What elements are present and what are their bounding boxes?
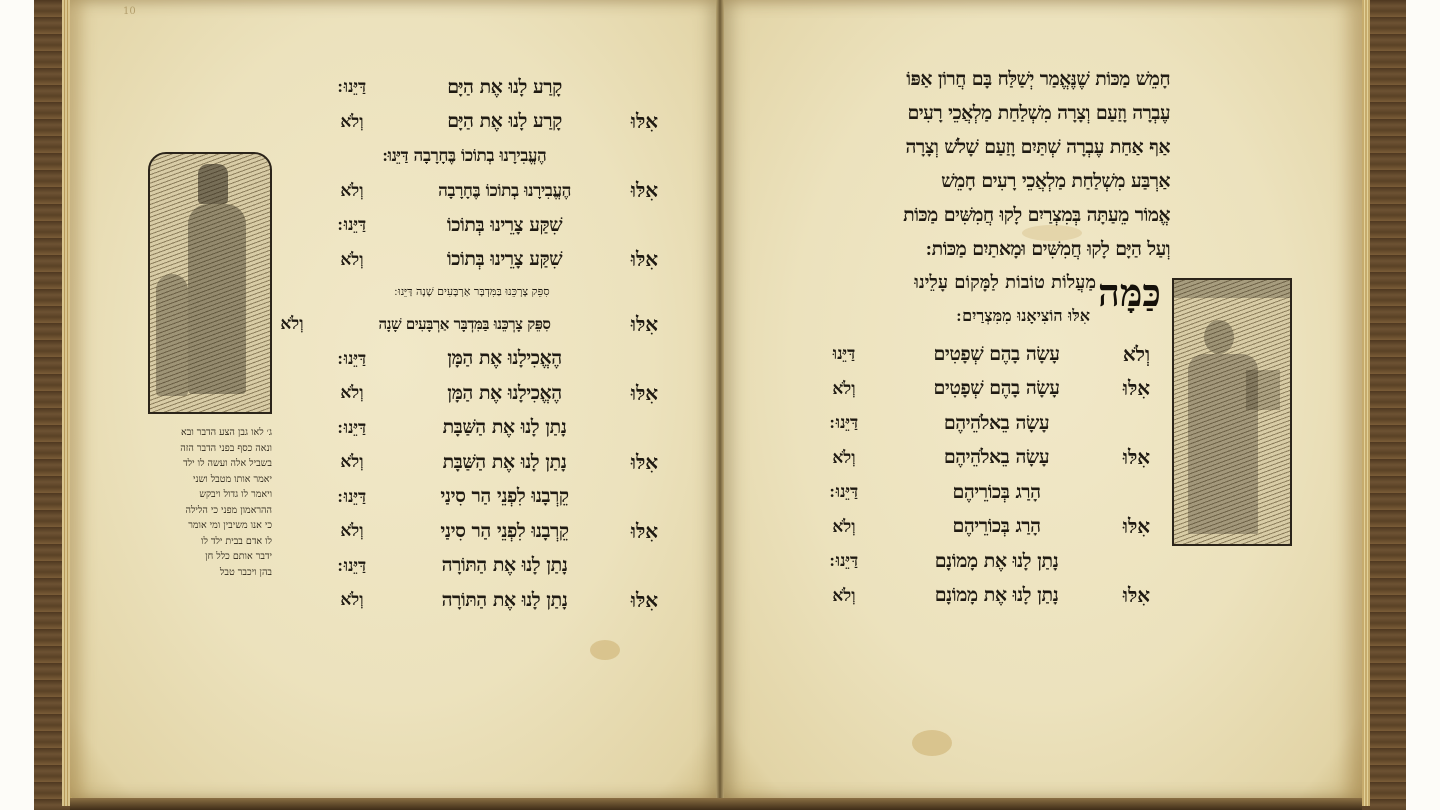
text-row: אִלּוּהֶעֱבִירָנוּ בְתוֹכוֹ בֶּחָרָבָהוְ… (272, 174, 672, 209)
text-row: אִלּוּסִפֵּק צָרְכֵּנוּ בַּמִּדְבָּר אַר… (272, 307, 672, 342)
row-end: דַּיֵּנוּ ׃ (804, 413, 884, 433)
paragraph-line: אַף אַחַת עֶבְרָה שְׁתַּיִם וָזַעַם שָׁל… (766, 130, 1170, 164)
caption-line: ג׳ לאו גבן הצע הדבר ובא (150, 425, 272, 441)
folio-number: 10 (123, 6, 136, 17)
row-end: וְלֹא (312, 112, 392, 132)
row-elu: אִלּוּ (617, 312, 672, 337)
row-text: הֶאֱכִילָנוּ אֶת הַמָּן (392, 382, 617, 405)
row-elu: אִלּוּ (617, 519, 672, 544)
text-row: אִלּוּקֵרְבָנוּ לִפְנֵי הַר סִינַיוְלֹא (272, 514, 672, 549)
caption-line: ידבר אותם כלל חן (150, 549, 272, 565)
row-end: וְלֹא (312, 521, 392, 541)
text-row: אִלּוּעָשָׂה בָהֶם שְׁפָטִיםוְלֹא (764, 372, 1164, 407)
text-row: נָתַן לָנוּ אֶת מָמוֹנָםדַּיֵּנוּ ׃ (764, 544, 1164, 579)
row-end: וְלֹא (312, 181, 392, 201)
text-row: אִלּוּהָרַג בְּכוֹרֵיהֶםוְלֹא (764, 510, 1164, 545)
paper-stain (590, 640, 620, 660)
text-row: אִלּוּנָתַן לָנוּ אֶת הַתּוֹרָהוְלֹא (272, 583, 672, 618)
row-text: נָתַן לָנוּ אֶת מָמוֹנָם (884, 550, 1109, 573)
row-text: הָרַג בְּכוֹרֵיהֶם (884, 481, 1109, 504)
row-elu: אִלּוּ (1109, 583, 1164, 608)
row-end: וְלֹא (804, 448, 884, 468)
text-row: אִלּוּנָתַן לָנוּ אֶת מָמוֹנָםוְלֹא (764, 579, 1164, 614)
row-elu: אִלּוּ (617, 588, 672, 613)
row-elu: אִלּוּ (617, 450, 672, 475)
caption-line: יאמר אותו מטבל ושני (150, 472, 272, 488)
woodcut-caption-left: ג׳ לאו גבן הצע הדבר ובא ונאה כסף בפני הד… (150, 425, 272, 580)
row-end: דַּיֵּנוּ ׃ (312, 418, 392, 438)
row-text: קָרַע לָנוּ אֶת הַיָּם (392, 76, 617, 99)
row-end: דַּיֵּנוּ ׃ (312, 349, 392, 369)
row-end: וְלֹא (804, 586, 884, 606)
woodcut-illustration-right (1172, 278, 1292, 546)
text-row: אִלּוּקָרַע לָנוּ אֶת הַיָּםוְלֹא (272, 105, 672, 140)
paragraph-line: אַרְבַּע מִשְׁלַחַת מַלְאֲכֵי רָעִים חָמ… (766, 164, 1170, 198)
heading-line: מַעֲלוֹת טוֹבוֹת לַמָּקוֹם עָלֵינוּ (766, 272, 1096, 293)
row-text: עָשָׂה בָהֶם שְׁפָטִים (884, 343, 1109, 366)
paragraph-line: אֱמוֹר מֵעַתָּה בְּמִצְרַיִם לָקוּ חֲמִש… (766, 198, 1170, 232)
text-row: עָשָׂה בֵאלֹהֵיהֶםדַּיֵּנוּ ׃ (764, 406, 1164, 441)
text-row: נָתַן לָנוּ אֶת הַתּוֹרָהדַּיֵּנוּ ׃ (272, 549, 672, 584)
row-end: דַּיֵּנוּ ׃ (312, 556, 392, 576)
text-row: הָרַג בְּכוֹרֵיהֶםדַּיֵּנוּ ׃ (764, 475, 1164, 510)
text-row: אִלּוּנָתַן לָנוּ אֶת הַשַּׁבָּתוְלֹא (272, 445, 672, 480)
row-end: דַּיֵּנוּ ׃ (312, 215, 392, 235)
text-row: וְלֹאעָשָׂה בָהֶם שְׁפָטִיםדַּיֵּנוּ (764, 337, 1164, 372)
text-row: הֶעֱבִירָנוּ בְתוֹכוֹ בֶּחָרָבָה דַּיֵּנ… (272, 139, 672, 174)
caption-line: ויאמר לו גדול ויבקש (150, 487, 272, 503)
row-text: עָשָׂה בֵאלֹהֵיהֶם (884, 412, 1109, 435)
figure-hat (198, 164, 228, 204)
text-row: קֵרְבָנוּ לִפְנֵי הַר סִינַידַּיֵּנוּ ׃ (272, 480, 672, 515)
row-text: קֵרְבָנוּ לִפְנֵי הַר סִינַי (392, 485, 617, 508)
caption-line: ונאה כסף בפני הדבר הזה (150, 441, 272, 457)
ornamental-border (1174, 280, 1290, 298)
row-end: וְלֹא (312, 452, 392, 472)
row-text: נָתַן לָנוּ אֶת הַשַּׁבָּת (392, 451, 617, 474)
figure-robed-man (188, 204, 246, 394)
figure-child (156, 274, 188, 396)
row-end: וְלֹא (312, 590, 392, 610)
book-gutter (716, 0, 724, 804)
figure-head (1204, 320, 1234, 354)
row-text: הֶעֱבִירָנוּ בְתוֹכוֹ בֶּחָרָבָה (392, 181, 617, 201)
row-end: דַּיֵּנוּ ׃ (804, 551, 884, 571)
row-text: נָתַן לָנוּ אֶת הַתּוֹרָה (392, 554, 617, 577)
row-end: וְלֹא (312, 250, 392, 270)
small-text-line: סִפֵּק צָרְכֵּנוּ בַּמִּדְבָּר אַרְבָּעִ… (272, 277, 672, 307)
text-row: נָתַן לָנוּ אֶת הַשַּׁבָּתדַּיֵּנוּ ׃ (272, 411, 672, 446)
row-end: דַּיֵּנוּ ׃ (312, 77, 392, 97)
cover-edge-right (1370, 0, 1406, 810)
initial-word-kamah: כַּמָּה (1098, 270, 1161, 316)
row-end: דַּיֵּנוּ (804, 344, 884, 364)
row-end: וְלֹא (804, 517, 884, 537)
row-text: שִׁקַּע צָרֵינוּ בְּתוֹכוֹ (392, 248, 617, 271)
plagues-paragraph: חָמֵשׁ מַכּוֹת שֶׁנֶּאֱמַר יְשַׁלַּח בָּ… (766, 62, 1170, 266)
row-text: נָתַן לָנוּ אֶת הַתּוֹרָה (392, 589, 617, 612)
row-text: הָרַג בְּכוֹרֵיהֶם (884, 515, 1109, 538)
dayenu-text-right: וְלֹאעָשָׂה בָהֶם שְׁפָטִיםדַּיֵּנוּ אִל… (764, 337, 1164, 613)
row-text: שִׁקַּע צָרֵינוּ בְּתוֹכוֹ (392, 214, 617, 237)
book-on-lectern (1246, 370, 1280, 410)
row-text: נָתַן לָנוּ אֶת הַשַּׁבָּת (392, 416, 617, 439)
row-text: סִפֵּק צָרְכֵּנוּ בַּמִּדְבָּר אַרְבָּעִ… (312, 315, 617, 334)
caption-line: כי אנו משיבין ומי אומר (150, 518, 272, 534)
caption-line: בשביל אלה ועשה לו ילד (150, 456, 272, 472)
text-row: הֶאֱכִילָנוּ אֶת הַמָּןדַּיֵּנוּ ׃ (272, 342, 672, 377)
subheading-line: אִלּוּ הוֹצִיאָנוּ מִמִּצְרַיִם ׃ (790, 306, 1090, 326)
row-elu: אִלּוּ (1109, 376, 1164, 401)
row-text: נָתַן לָנוּ אֶת מָמוֹנָם (884, 584, 1109, 607)
row-end: וְלֹא (312, 383, 392, 403)
woodcut-illustration-left (148, 152, 272, 414)
caption-line: לו אדם בבית ילד לו (150, 534, 272, 550)
row-elu: וְלֹא (1109, 342, 1164, 367)
row-elu: אִלּוּ (617, 178, 672, 203)
paragraph-line: וְעַל הַיָּם לָקוּ חֲמִשִּׁים וּמָאתַיִם… (766, 232, 1170, 266)
book-bottom-edge (70, 798, 1362, 810)
row-text: עָשָׂה בֵאלֹהֵיהֶם (884, 446, 1109, 469)
text-row: שִׁקַּע צָרֵינוּ בְּתוֹכוֹדַּיֵּנוּ ׃ (272, 208, 672, 243)
row-text: עָשָׂה בָהֶם שְׁפָטִים (884, 377, 1109, 400)
paragraph-line: עֶבְרָה וָזַעַם וְצָרָה מִשְׁלַחַת מַלְא… (766, 96, 1170, 130)
paper-stain (912, 730, 952, 756)
row-elu: אִלּוּ (1109, 445, 1164, 470)
row-end: דַּיֵּנוּ ׃ (804, 482, 884, 502)
row-text: קָרַע לָנוּ אֶת הַיָּם (392, 110, 617, 133)
row-elu: אִלּוּ (617, 247, 672, 272)
row-elu: אִלּוּ (617, 109, 672, 134)
row-elu: אִלּוּ (1109, 514, 1164, 539)
paragraph-line: חָמֵשׁ מַכּוֹת שֶׁנֶּאֱמַר יְשַׁלַּח בָּ… (766, 62, 1170, 96)
text-row: אִלּוּעָשָׂה בֵאלֹהֵיהֶםוְלֹא (764, 441, 1164, 476)
row-text: הֶעֱבִירָנוּ בְתוֹכוֹ בֶּחָרָבָה דַּיֵּנ… (312, 146, 617, 166)
text-row: אִלּוּהֶאֱכִילָנוּ אֶת הַמָּןוְלֹא (272, 376, 672, 411)
row-elu: אִלּוּ (617, 381, 672, 406)
text-row: קָרַע לָנוּ אֶת הַיָּםדַּיֵּנוּ ׃ (272, 70, 672, 105)
row-end: דַּיֵּנוּ ׃ (312, 487, 392, 507)
row-text: הֶאֱכִילָנוּ אֶת הַמָּן (392, 347, 617, 370)
dayenu-text-left: קָרַע לָנוּ אֶת הַיָּםדַּיֵּנוּ ׃ אִלּוּ… (272, 70, 672, 618)
row-text: קֵרְבָנוּ לִפְנֵי הַר סִינַי (392, 520, 617, 543)
row-end: וְלֹא (272, 314, 312, 334)
caption-line: בהן ויכבר טבל (150, 565, 272, 581)
text-row: אִלּוּשִׁקַּע צָרֵינוּ בְּתוֹכוֹוְלֹא (272, 243, 672, 278)
row-end: וְלֹא (804, 379, 884, 399)
caption-line: ההראמון מפני כי הלילה (150, 503, 272, 519)
